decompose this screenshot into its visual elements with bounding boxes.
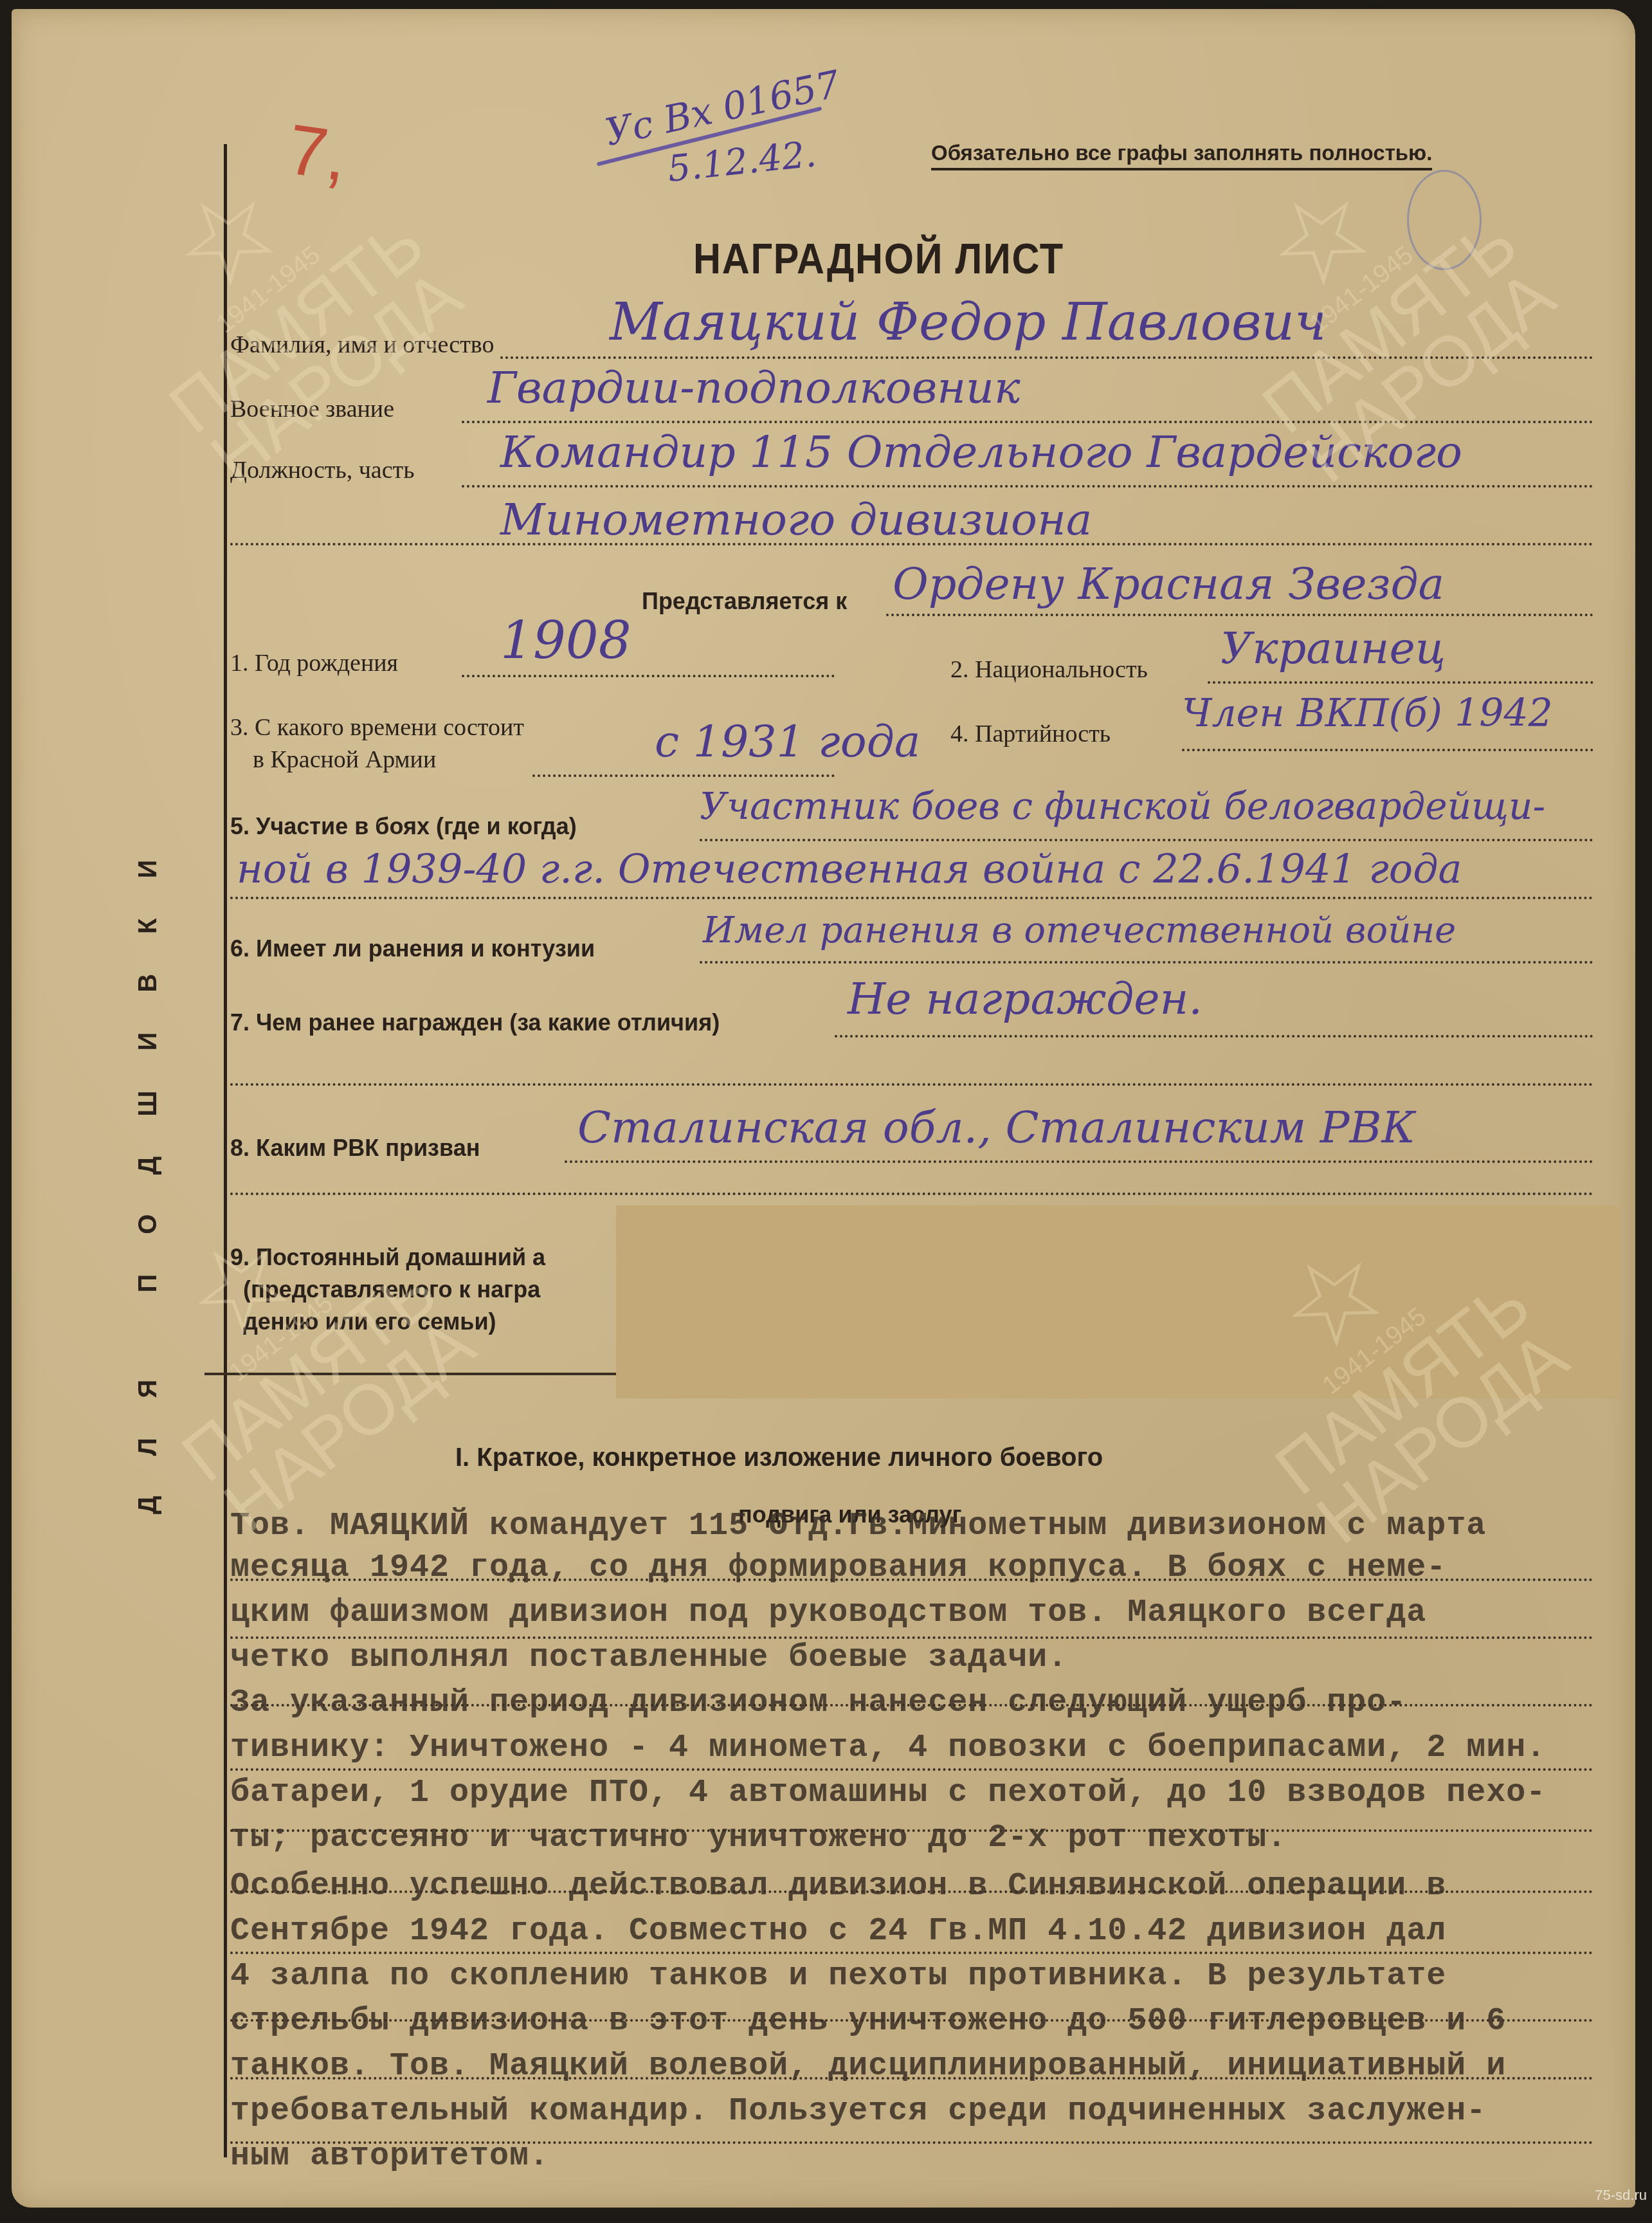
address-label-line3: дению или его семьи): [243, 1308, 496, 1335]
wounds-value: Имел ранения в отечественной войне: [703, 910, 1456, 951]
section-title: I. Краткое, конкретное изложение личного…: [455, 1443, 1103, 1472]
party-label: 4. Партийность: [950, 720, 1111, 748]
prior-awards-label: 7. Чем ранее награжден (за какие отличия…: [230, 1009, 720, 1036]
binding-margin-label: ДЛЯ ПОДШИВКИ: [134, 665, 211, 1669]
army-since-value: с 1931 года: [655, 717, 920, 767]
prior-awards-value: Не награжден.: [848, 974, 1203, 1025]
typed-line: четко выполнял поставленные боевые задач…: [230, 1640, 1067, 1676]
fill-all-fields-notice: Обязательно все графы заполнять полность…: [931, 141, 1432, 170]
typed-line: Тов. МАЯЦКИЙ командует 115 Отд.Гв.Миноме…: [230, 1508, 1486, 1544]
army-since-rule: [532, 774, 835, 777]
rank-value: Гвардии-подполковник: [487, 363, 1021, 414]
typed-line: За указанный период дивизионом нанесен с…: [230, 1685, 1406, 1721]
name-rule: [500, 356, 1593, 359]
section-rule-4: [230, 1768, 1593, 1771]
battles-rule-1: [700, 839, 1593, 841]
binding-margin-line: [224, 144, 227, 2157]
typed-line: батареи, 1 орудие ПТО, 4 автомашины с пе…: [230, 1775, 1546, 1811]
typed-line: тивнику: Уничтожено - 4 миномета, 4 пово…: [230, 1730, 1546, 1766]
party-value: Член ВКП(б) 1942: [1182, 691, 1553, 736]
award-value: Ордену Красная Звезда: [893, 559, 1444, 610]
position-value-line1: Командир 115 Отдельного Гвардейского: [500, 427, 1462, 478]
nationality-rule: [1208, 681, 1593, 684]
rvk-label: 8. Каким РВК призван: [230, 1135, 480, 1162]
wounds-rule: [700, 961, 1593, 964]
prior-awards-rule-1: [835, 1035, 1593, 1038]
section-rule-7: [230, 1952, 1593, 1954]
redacted-address-block: [616, 1205, 1619, 1398]
wounds-label: 6. Имеет ли ранения и контузии: [230, 935, 595, 962]
typed-line: ным авторитетом.: [230, 2138, 549, 2175]
rank-label: Военное звание: [230, 395, 394, 423]
red-pencil-mark: 7,: [283, 108, 353, 197]
rvk-rule-2: [230, 1193, 1593, 1195]
position-label: Должность, часть: [230, 456, 415, 484]
typed-line: Сентябре 1942 года. Совместно с 24 Гв.МП…: [230, 1913, 1446, 1950]
birth-year-label: 1. Год рождения: [230, 649, 398, 677]
name-value: Маяцкий Федор Павлович: [610, 292, 1327, 352]
battles-label: 5. Участие в боях (где и когда): [230, 813, 577, 840]
battles-rule-2: [230, 897, 1593, 899]
position-rule-1: [462, 485, 1593, 488]
site-watermark: 75-sd.ru: [1595, 2187, 1647, 2204]
prior-awards-rule-2: [230, 1083, 1593, 1086]
birth-year-value: 1908: [500, 610, 631, 670]
address-label-line1: 9. Постоянный домашний а: [230, 1244, 545, 1271]
battles-value-line2: ной в 1939-40 г.г. Отечественная война с…: [237, 845, 1462, 892]
army-since-label-line2: в Красной Армии: [253, 746, 436, 774]
typed-line: требовательный командир. Пользуется сред…: [230, 2093, 1486, 2130]
address-label-line2: (представляемого к награ: [243, 1276, 540, 1303]
birth-year-rule: [462, 675, 835, 677]
name-label: Фамилия, имя и отчество: [230, 331, 494, 359]
award-rule: [886, 614, 1593, 616]
rvk-value: Сталинская обл., Сталинским РВК: [577, 1102, 1415, 1153]
address-rule: [204, 1373, 616, 1375]
typed-line: месяца 1942 года, со дня формирования ко…: [230, 1550, 1446, 1586]
rvk-rule: [565, 1160, 1593, 1163]
battles-value-line1: Участник боев с финской белогвардейщи-: [700, 784, 1545, 828]
party-rule: [1182, 749, 1593, 751]
typed-line: Особенно успешно действовал дивизион в С…: [230, 1868, 1446, 1905]
pencil-circle-mark: [1407, 170, 1482, 270]
typed-line: танков. Тов. Маяцкий волевой, дисциплини…: [230, 2048, 1506, 2085]
award-label: Представляется к: [642, 588, 847, 615]
typed-line: 4 залпа по скоплению танков и пехоты про…: [230, 1958, 1446, 1995]
nationality-label: 2. Национальность: [950, 655, 1148, 684]
typed-line: ты; рассеяно и частично уничтожено до 2-…: [230, 1820, 1287, 1856]
army-since-label-line1: 3. С какого времени состоит: [230, 713, 524, 742]
position-value-line2: Минометного дивизиона: [500, 495, 1092, 545]
section-rule-2: [230, 1636, 1593, 1639]
watermark: ☆ 1941-1945 ПАМЯТЬ НАРОДА: [79, 105, 473, 493]
typed-line: стрельбы дивизиона в этот день уничтожен…: [230, 2003, 1506, 2040]
typed-line: цким фашизмом дивизион под руководством …: [230, 1595, 1426, 1631]
document-title: НАГРАДНОЙ ЛИСТ: [693, 234, 1064, 283]
nationality-value: Украинец: [1221, 623, 1446, 674]
rank-rule: [462, 421, 1593, 423]
award-sheet-paper: ДЛЯ ПОДШИВКИ 7, Ус Вх 01657 5.12.42. Обя…: [12, 9, 1635, 2208]
